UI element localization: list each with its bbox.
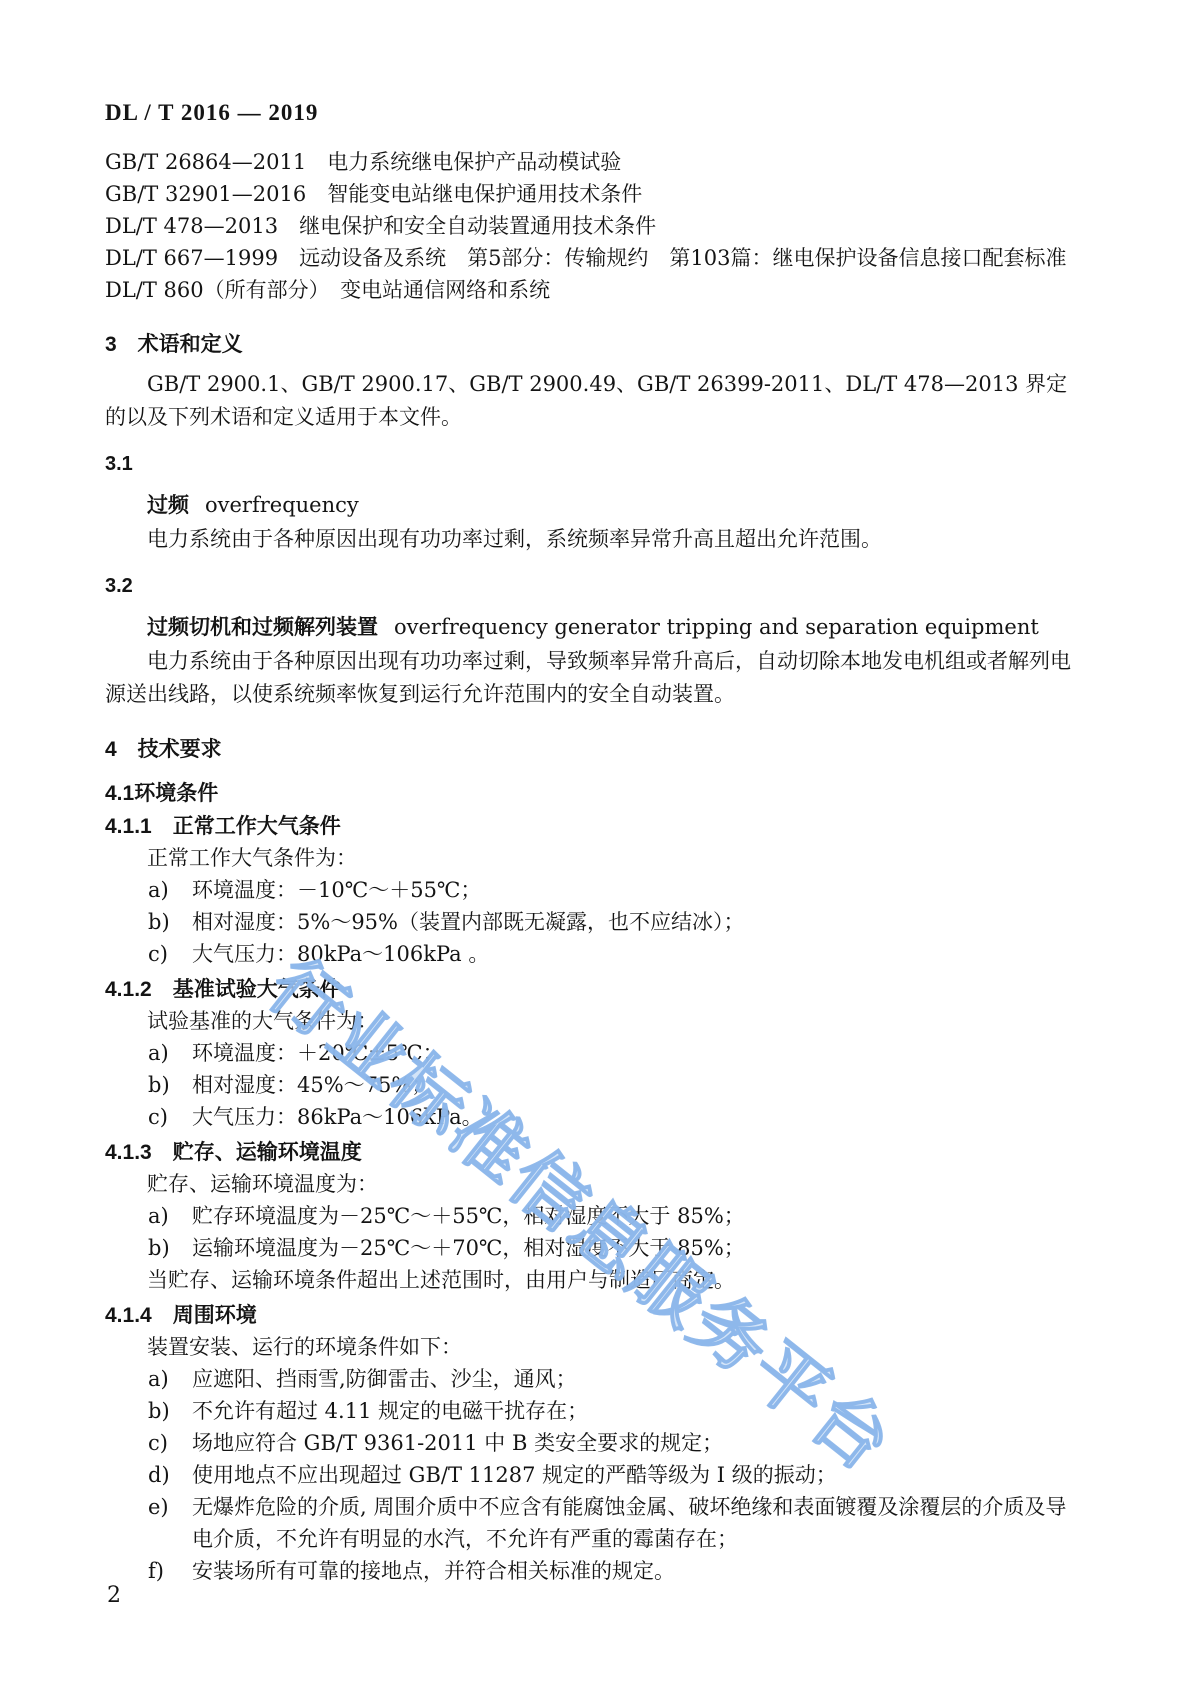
list-item: a)应遮阳、挡雨雪,防御雷击、沙尘，通风； (105, 1363, 1085, 1395)
clause-4-1-3-heading: 4.1.3 贮存、运输环境温度 (105, 1138, 1085, 1168)
list-item-label: b) (148, 1395, 192, 1427)
list-item-label: d) (148, 1459, 192, 1491)
list-item-label: a) (148, 874, 192, 906)
list-item-label: b) (148, 906, 192, 938)
term-zh: 过频切机和过频解列装置 (147, 616, 378, 639)
clause-intro: 装置安装、运行的环境条件如下： (105, 1331, 1085, 1363)
list-item-text: 相对湿度：5%～95%（装置内部既无凝露，也不应结冰）； (192, 906, 1085, 938)
list-item: c)大气压力：86kPa～106kPa。 (105, 1101, 1085, 1133)
list-item-text: 贮存环境温度为－25℃～＋55℃，相对湿度不大于 85%； (192, 1200, 1085, 1232)
section-4-heading: 4 技术要求 (105, 737, 1085, 763)
list-item-label: f) (148, 1555, 192, 1587)
list-item-label: c) (148, 938, 192, 970)
list-item-text: 相对湿度：45%～75%； (192, 1069, 1085, 1101)
list-item-label: a) (148, 1363, 192, 1395)
section-3-heading: 3 术语和定义 (105, 332, 1085, 358)
list-item: c)大气压力：80kPa～106kPa 。 (105, 938, 1085, 970)
section-3-intro: GB/T 2900.1、GB/T 2900.17、GB/T 2900.49、GB… (105, 368, 1085, 434)
clause-intro: 正常工作大气条件为： (105, 842, 1085, 874)
list-item: b)运输环境温度为－25℃～＋70℃，相对湿度不大于 85%； (105, 1232, 1085, 1264)
list-item-text: 不允许有超过 4.11 规定的电磁干扰存在； (192, 1395, 1085, 1427)
list-item: f)安装场所有可靠的接地点，并符合相关标准的规定。 (105, 1555, 1085, 1587)
reference-line: DL/T 860（所有部分） 变电站通信网络和系统 (105, 274, 1085, 306)
list-item-label: c) (148, 1101, 192, 1133)
list-item-text: 无爆炸危险的介质, 周围介质中不应含有能腐蚀金属、破坏绝缘和表面镀覆及涂覆层的介… (192, 1491, 1085, 1555)
page-number: 2 (107, 1583, 121, 1608)
list-item-label: a) (148, 1037, 192, 1069)
term-number-3-1: 3.1 (105, 452, 1085, 476)
clause-4-1-2-heading: 4.1.2 基准试验大气条件 (105, 975, 1085, 1005)
reference-line: GB/T 26864—2011 电力系统继电保护产品动模试验 (105, 146, 1085, 178)
clause-note: 当贮存、运输环境条件超出上述范围时，由用户与制造厂商定。 (105, 1264, 1085, 1296)
list-item: b)不允许有超过 4.11 规定的电磁干扰存在； (105, 1395, 1085, 1427)
document-page: DL / T 2016 — 2019 GB/T 26864—2011 电力系统继… (0, 0, 1190, 1684)
term-en: overfrequency (205, 493, 359, 517)
list-item-label: b) (148, 1232, 192, 1264)
list-item-label: c) (148, 1427, 192, 1459)
clause-4-1-1-heading: 4.1.1 正常工作大气条件 (105, 812, 1085, 842)
list-item-text: 场地应符合 GB/T 9361-2011 中 B 类安全要求的规定； (192, 1427, 1085, 1459)
term-zh: 过频 (147, 494, 189, 517)
doc-code: DL / T 2016 — 2019 (105, 100, 1085, 126)
list-item: e)无爆炸危险的介质, 周围介质中不应含有能腐蚀金属、破坏绝缘和表面镀覆及涂覆层… (105, 1491, 1085, 1555)
list-item: a)环境温度：－10℃～＋55℃； (105, 874, 1085, 906)
list-item-text: 环境温度：－10℃～＋55℃； (192, 874, 1085, 906)
list-item: a)环境温度：＋20℃±5℃； (105, 1037, 1085, 1069)
list-item-text: 安装场所有可靠的接地点，并符合相关标准的规定。 (192, 1555, 1085, 1587)
list-item-text: 运输环境温度为－25℃～＋70℃，相对湿度不大于 85%； (192, 1232, 1085, 1264)
clause-intro: 贮存、运输环境温度为： (105, 1168, 1085, 1200)
list-item: d)使用地点不应出现超过 GB/T 11287 规定的严酷等级为 I 级的振动； (105, 1459, 1085, 1491)
list-item-text: 环境温度：＋20℃±5℃； (192, 1037, 1085, 1069)
clause-intro: 试验基准的大气条件为： (105, 1005, 1085, 1037)
list-item-text: 大气压力：80kPa～106kPa 。 (192, 938, 1085, 970)
reference-line: DL/T 478—2013 继电保护和安全自动装置通用技术条件 (105, 210, 1085, 242)
term-number-3-2: 3.2 (105, 574, 1085, 598)
clause-4-1-4-heading: 4.1.4 周围环境 (105, 1301, 1085, 1331)
term-definition: 电力系统由于各种原因出现有功功率过剩，导致频率异常升高后，自动切除本地发电机组或… (105, 645, 1085, 711)
list-item: c)场地应符合 GB/T 9361-2011 中 B 类安全要求的规定； (105, 1427, 1085, 1459)
term-line: 过频overfrequency (105, 490, 1085, 521)
term-line: 过频切机和过频解列装置overfrequency generator tripp… (105, 612, 1085, 643)
list-item: b)相对湿度：45%～75%； (105, 1069, 1085, 1101)
list-item-text: 应遮阳、挡雨雪,防御雷击、沙尘，通风； (192, 1363, 1085, 1395)
list-item-text: 大气压力：86kPa～106kPa。 (192, 1101, 1085, 1133)
list-item-label: b) (148, 1069, 192, 1101)
list-item-text: 使用地点不应出现超过 GB/T 11287 规定的严酷等级为 I 级的振动； (192, 1459, 1085, 1491)
term-en: overfrequency generator tripping and sep… (394, 615, 1039, 639)
list-item-label: e) (148, 1491, 192, 1555)
reference-line: DL/T 667—1999 远动设备及系统 第5部分：传输规约 第103篇：继电… (105, 242, 1085, 274)
list-item: b)相对湿度：5%～95%（装置内部既无凝露，也不应结冰）； (105, 906, 1085, 938)
section-4-1-heading: 4.1环境条件 (105, 781, 1085, 807)
list-item: a)贮存环境温度为－25℃～＋55℃，相对湿度不大于 85%； (105, 1200, 1085, 1232)
term-definition: 电力系统由于各种原因出现有功功率过剩，系统频率异常升高且超出允许范围。 (105, 523, 1085, 556)
list-item-label: a) (148, 1200, 192, 1232)
reference-line: GB/T 32901—2016 智能变电站继电保护通用技术条件 (105, 178, 1085, 210)
